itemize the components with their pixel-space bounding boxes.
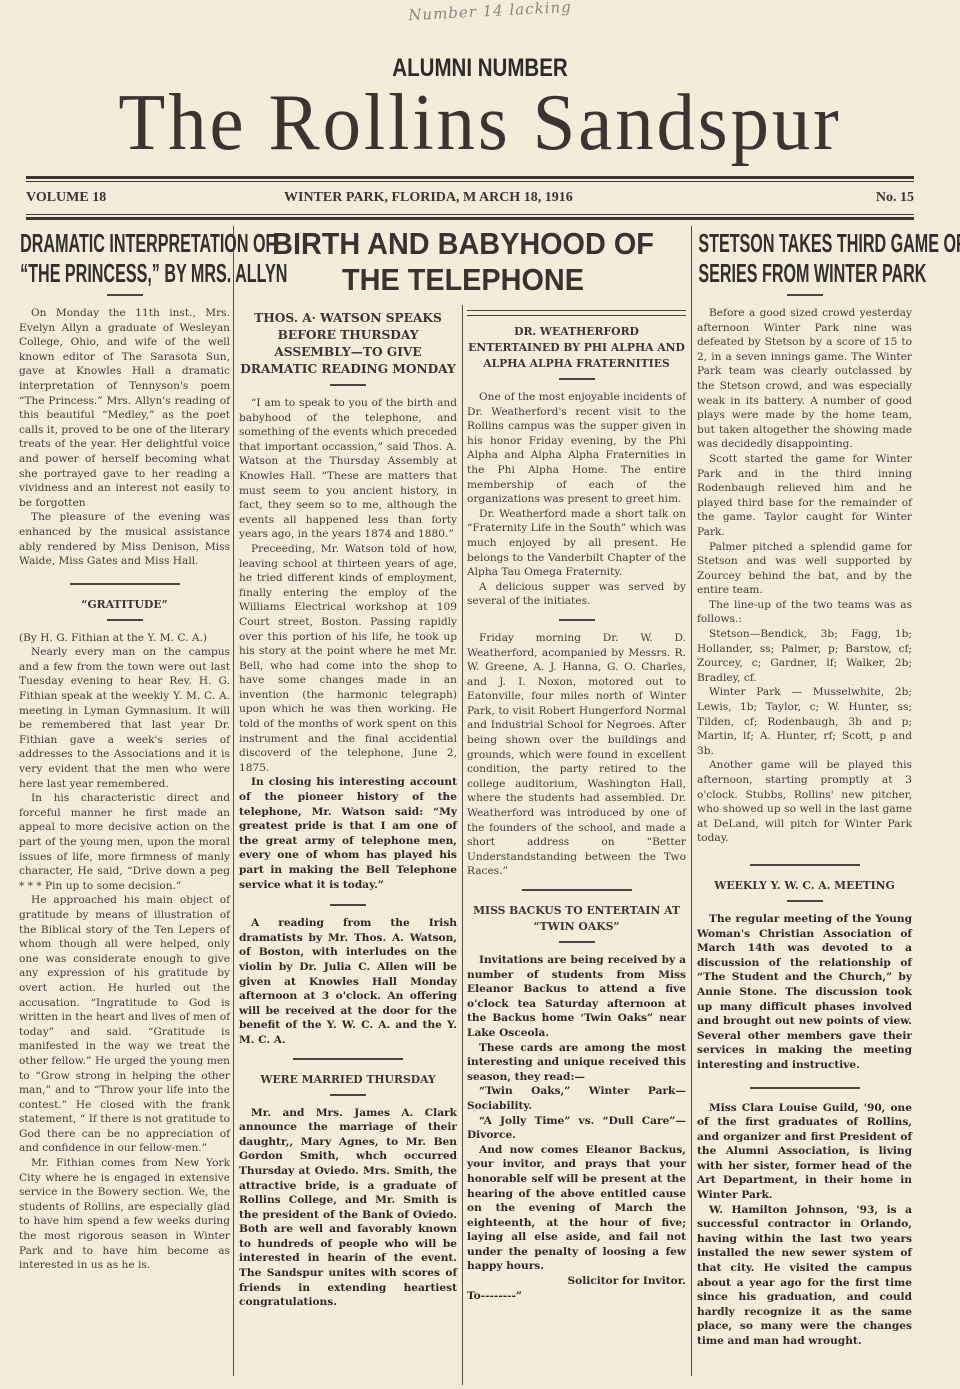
article-married: WERE MARRIED THURSDAY Mr. and Mrs. James… [239,1072,457,1310]
article-alumni: Miss Clara Louise Guild, '90, one of the… [697,1101,912,1349]
paragraph: A delicious supper was served by several… [467,580,686,609]
column-divider-1 [233,226,234,1376]
article-princess: DRAMATIC INTERPRETATION OF “THE PRINCESS… [19,228,230,569]
paragraph: Mr. and Mrs. James A. Clark announce the… [239,1106,457,1310]
paragraph: Mr. Fithian comes from New York City whe… [19,1156,230,1273]
article-weatherford: DR. WEATHERFORD ENTERTAINED BY PHI ALPHA… [467,324,686,879]
paragraph: And now comes Eleanor Backus, your invit… [467,1143,686,1274]
paragraph: W. Hamilton Johnson, '93, is a successfu… [697,1203,912,1349]
double-rule [467,310,686,316]
signature: Solicitor for Invitor. [467,1274,686,1289]
headline-married: WERE MARRIED THURSDAY [239,1072,457,1088]
headline-telephone-1: BIRTH AND BABYHOOD OF [252,226,674,262]
headline-rule [787,294,823,296]
headline-rule [559,378,595,380]
article-separator [70,583,180,585]
newspaper-page: Number 14 lacking ALUMNI NUMBER The Roll… [0,0,960,1389]
paragraph: Miss Clara Louise Guild, '90, one of the… [697,1101,912,1203]
headline-rule [559,941,595,943]
column-divider-2 [462,305,463,1385]
headline-rule [787,900,823,902]
column-4: STETSON TAKES THIRD GAME OF SERIES FROM … [697,228,912,1349]
paragraph: Preceeding, Mr. Watson told of how, leav… [239,542,457,776]
article-separator [293,1058,403,1060]
paragraph: Another game will be played this afterno… [697,758,912,846]
paragraph: Invitations are being received by a numb… [467,953,686,1041]
place-date: WINTER PARK, FLORIDA, M ARCH 18, 1916 [284,190,573,206]
paragraph: Nearly every man on the campus and a few… [19,645,230,791]
paragraph: These cards are among the most interesti… [467,1041,686,1085]
paragraph: He approached his main object of gratitu… [19,893,230,1156]
headline-rule [107,294,143,296]
paragraph: Dr. Weatherford made a short talk on “Fr… [467,507,686,580]
paragraph: In his characteristic direct and forcefu… [19,791,230,893]
headline-telephone: BIRTH AND BABYHOOD OF THE TELEPHONE [252,226,674,298]
section-rule [330,904,366,906]
article-telephone: THOS. A· WATSON SPEAKS BEFORE THURSDAY A… [239,310,457,1048]
issue-number: No. 15 [876,190,914,206]
headline-gratitude: “GRATITUDE” [19,597,230,613]
masthead-rule-top [26,176,914,179]
headline-ywca: WEEKLY Y. W. C. A. MEETING [697,878,912,894]
column-3: DR. WEATHERFORD ENTERTAINED BY PHI ALPHA… [467,310,686,1303]
article-ywca: WEEKLY Y. W. C. A. MEETING The regular m… [697,878,912,1073]
dateline-rule-2 [26,217,914,220]
subhead-telephone: THOS. A· WATSON SPEAKS BEFORE THURSDAY A… [239,310,457,378]
headline-stetson-1: STETSON TAKES THIRD GAME OF [698,228,911,258]
masthead-title: The Rollins Sandspur [38,78,921,168]
volume-label: VOLUME 18 [26,190,106,206]
dateline-bar: VOLUME 18 WINTER PARK, FLORIDA, M ARCH 1… [26,190,914,208]
headline-rule [330,1094,366,1096]
paragraph: The pleasure of the evening was enhanced… [19,510,230,568]
article-separator [750,1087,860,1089]
paragraph: Scott started the game for Winter Park a… [697,452,912,540]
paragraph: Friday morning Dr. W. D. Weatherford, ac… [467,631,686,879]
article-gratitude: “GRATITUDE” (By H. G. Fithian at the Y. … [19,597,230,1273]
headline-princess-1: DRAMATIC INTERPRETATION OF [20,228,229,258]
column-divider-3 [691,226,692,1376]
paragraph: One of the most enjoyable incidents of D… [467,390,686,507]
dateline-rule-1 [26,214,914,215]
column-2: THOS. A· WATSON SPEAKS BEFORE THURSDAY A… [239,310,457,1310]
headline-backus: MISS BACKUS TO ENTERTAIN AT “TWIN OAKS” [467,903,686,935]
lineup-winter-park: Winter Park — Musselwhite, 2b; Lewis, 1b… [697,685,912,758]
reading-notice: A reading from the Irish dramatists by M… [239,916,457,1047]
paragraph: The line-up of the two teams was as foll… [697,598,912,627]
article-separator [522,889,632,891]
lineup-stetson: Stetson—Bendick, 3b; Fagg, 1b; Hollander… [697,627,912,685]
headline-telephone-2: THE TELEPHONE [252,262,674,298]
paragraph: In closing his interesting account of th… [239,775,457,892]
paragraph: On Monday the 11th inst., Mrs. Evelyn Al… [19,306,230,510]
headline-princess-2: “THE PRINCESS,” BY MRS. ALLYN [20,258,229,288]
paragraph: The regular meeting of the Young Woman's… [697,912,912,1073]
byline: (By H. G. Fithian at the Y. M. C. A.) [19,631,230,646]
paragraph: “Twin Oaks,” Winter Park—Sociability. [467,1084,686,1113]
headline-weatherford: DR. WEATHERFORD ENTERTAINED BY PHI ALPHA… [467,324,686,372]
headline-rule [107,619,143,621]
headline-rule [330,384,366,386]
headline-stetson-2: SERIES FROM WINTER PARK [698,258,911,288]
paragraph: Before a good sized crowd yesterday afte… [697,306,912,452]
to-line: To--------” [467,1289,686,1304]
paragraph: “A Jolly Time” vs. “Dull Care”—Divorce. [467,1114,686,1143]
paragraph: “I am to speak to you of the birth and b… [239,396,457,542]
masthead-rule-top-thin [26,181,914,182]
paragraph: Palmer pitched a splendid game for Stets… [697,540,912,598]
column-1: DRAMATIC INTERPRETATION OF “THE PRINCESS… [19,228,230,1273]
section-rule [559,619,595,621]
article-backus: MISS BACKUS TO ENTERTAIN AT “TWIN OAKS” … [467,903,686,1303]
handwritten-note: Number 14 lacking [390,0,591,25]
article-separator [750,864,860,866]
article-stetson: STETSON TAKES THIRD GAME OF SERIES FROM … [697,228,912,846]
